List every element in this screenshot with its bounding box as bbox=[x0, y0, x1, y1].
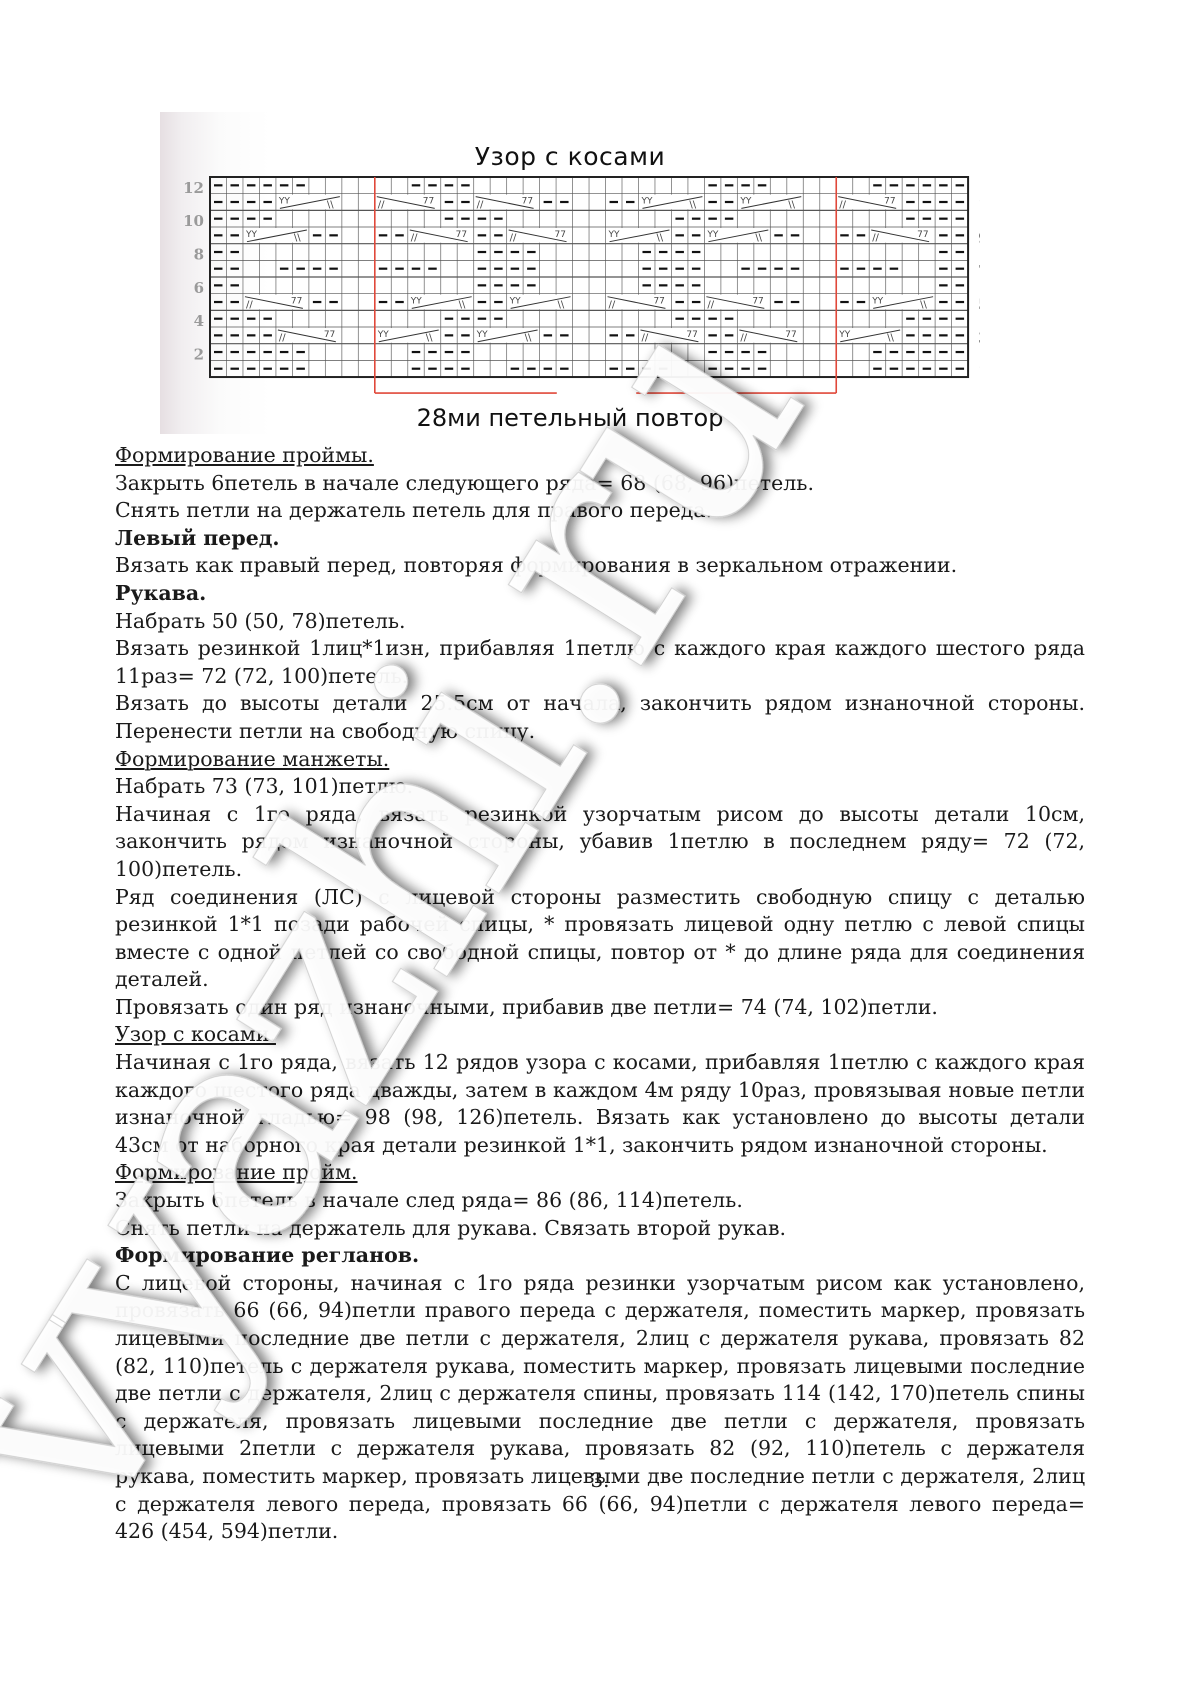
svg-text:\\: \\ bbox=[656, 233, 663, 244]
svg-text://: // bbox=[641, 333, 648, 344]
svg-text://: // bbox=[872, 233, 879, 244]
paragraph: Начиная с 1го ряда, вязать резинкой узор… bbox=[115, 801, 1085, 884]
svg-text:77: 77 bbox=[456, 230, 467, 240]
paragraph: Вязать до высоты детали 25.5см от начала… bbox=[115, 690, 1085, 745]
paragraph: Набрать 73 (73, 101)петлю. bbox=[115, 773, 1085, 801]
svg-text:ΥΥ: ΥΥ bbox=[476, 330, 488, 340]
svg-text:ΥΥ: ΥΥ bbox=[871, 297, 883, 307]
svg-text:\\: \\ bbox=[426, 333, 433, 344]
svg-text:ΥΥ: ΥΥ bbox=[410, 297, 422, 307]
svg-text://: // bbox=[279, 333, 286, 344]
section-heading: Левый перед. bbox=[115, 525, 1085, 553]
svg-text:\\: \\ bbox=[525, 333, 532, 344]
svg-text://: // bbox=[477, 199, 484, 210]
svg-text://: // bbox=[839, 199, 846, 210]
svg-text:77: 77 bbox=[785, 330, 796, 340]
svg-text:12: 12 bbox=[183, 179, 204, 197]
svg-text:77: 77 bbox=[686, 330, 697, 340]
svg-text:ΥΥ: ΥΥ bbox=[838, 330, 850, 340]
section-heading: Узор с косами. bbox=[115, 1021, 1085, 1049]
paragraph: Начиная с 1го ряда, вязать 12 рядов узор… bbox=[115, 1049, 1085, 1159]
svg-text:77: 77 bbox=[423, 197, 434, 207]
svg-text:5: 5 bbox=[978, 296, 980, 314]
svg-text:\\: \\ bbox=[558, 299, 565, 310]
svg-text:\\: \\ bbox=[887, 333, 894, 344]
svg-text:\\: \\ bbox=[689, 199, 696, 210]
svg-text://: // bbox=[609, 299, 616, 310]
svg-text:2: 2 bbox=[194, 346, 204, 364]
svg-text:ΥΥ: ΥΥ bbox=[640, 197, 652, 207]
svg-text:8: 8 bbox=[194, 246, 204, 264]
svg-text:ΥΥ: ΥΥ bbox=[377, 330, 389, 340]
paragraph: Провязать один ряд изнаночными, прибавив… bbox=[115, 994, 1085, 1022]
svg-text:\\: \\ bbox=[327, 199, 334, 210]
svg-text://: // bbox=[411, 233, 418, 244]
paragraph: Набрать 50 (50, 78)петель. bbox=[115, 608, 1085, 636]
section-heading: Формирование проймы. bbox=[115, 442, 1085, 470]
section-heading: Формирование пройм. bbox=[115, 1159, 1085, 1187]
svg-text:ΥΥ: ΥΥ bbox=[608, 230, 620, 240]
svg-text:3: 3 bbox=[978, 329, 980, 347]
svg-text:ΥΥ: ΥΥ bbox=[245, 230, 257, 240]
svg-text:7: 7 bbox=[978, 262, 980, 280]
svg-text:77: 77 bbox=[324, 330, 335, 340]
svg-text:ΥΥ: ΥΥ bbox=[509, 297, 521, 307]
svg-text:\\: \\ bbox=[788, 199, 795, 210]
svg-text:\\: \\ bbox=[459, 299, 466, 310]
instructions-text: Формирование проймы.Закрыть 6петель в на… bbox=[115, 442, 1085, 1546]
svg-text://: // bbox=[510, 233, 517, 244]
svg-text:ΥΥ: ΥΥ bbox=[706, 230, 718, 240]
chart-caption: 28ми петельный повтор bbox=[160, 404, 980, 432]
svg-text:\\: \\ bbox=[755, 233, 762, 244]
svg-text:77: 77 bbox=[917, 230, 928, 240]
paragraph: Снять петли на держатель для рукава. Свя… bbox=[115, 1215, 1085, 1243]
svg-text://: // bbox=[378, 199, 385, 210]
knitting-chart-figure: Узор с косами //77ΥΥ\\ΥΥ\\//77//77ΥΥ\\//… bbox=[160, 112, 980, 434]
page-number: 3. bbox=[0, 1468, 1200, 1492]
section-heading: Рукава. bbox=[115, 580, 1085, 608]
paragraph: С лицевой стороны, начиная с 1го ряда ре… bbox=[115, 1270, 1085, 1546]
section-heading: Формирование регланов. bbox=[115, 1242, 1085, 1270]
svg-text:77: 77 bbox=[752, 297, 763, 307]
paragraph: Закрыть 6петель в начале следующего ряда… bbox=[115, 470, 1085, 498]
svg-text:77: 77 bbox=[555, 230, 566, 240]
section-heading: Формирование манжеты. bbox=[115, 746, 1085, 774]
svg-text:77: 77 bbox=[884, 197, 895, 207]
paragraph: Снять петли на держатель петель для прав… bbox=[115, 497, 1085, 525]
svg-text://: // bbox=[707, 299, 714, 310]
paragraph: Закрыть 6петель в начале след ряда= 86 (… bbox=[115, 1187, 1085, 1215]
svg-text:77: 77 bbox=[653, 297, 664, 307]
cable-pattern-chart: //77ΥΥ\\ΥΥ\\//77//77ΥΥ\\//77ΥΥ\\ΥΥ\\//77… bbox=[160, 112, 980, 434]
svg-text:4: 4 bbox=[194, 312, 204, 330]
svg-text:77: 77 bbox=[291, 297, 302, 307]
svg-text:6: 6 bbox=[194, 279, 204, 297]
svg-text://: // bbox=[246, 299, 253, 310]
svg-text:10: 10 bbox=[183, 212, 204, 230]
svg-text:ΥΥ: ΥΥ bbox=[278, 197, 290, 207]
svg-text:ΥΥ: ΥΥ bbox=[739, 197, 751, 207]
svg-text:9: 9 bbox=[978, 229, 980, 247]
svg-text:77: 77 bbox=[522, 197, 533, 207]
paragraph: Ряд соединения (ЛС) с лицевой стороны ра… bbox=[115, 884, 1085, 994]
svg-text:\\: \\ bbox=[294, 233, 301, 244]
svg-text:\\: \\ bbox=[920, 299, 927, 310]
svg-text:11: 11 bbox=[978, 196, 980, 214]
paragraph: Вязать как правый перед, повторяя формир… bbox=[115, 552, 1085, 580]
svg-text://: // bbox=[740, 333, 747, 344]
paragraph: Вязать резинкой 1лиц*1изн, прибавляя 1пе… bbox=[115, 635, 1085, 690]
svg-text:1: 1 bbox=[978, 362, 980, 380]
